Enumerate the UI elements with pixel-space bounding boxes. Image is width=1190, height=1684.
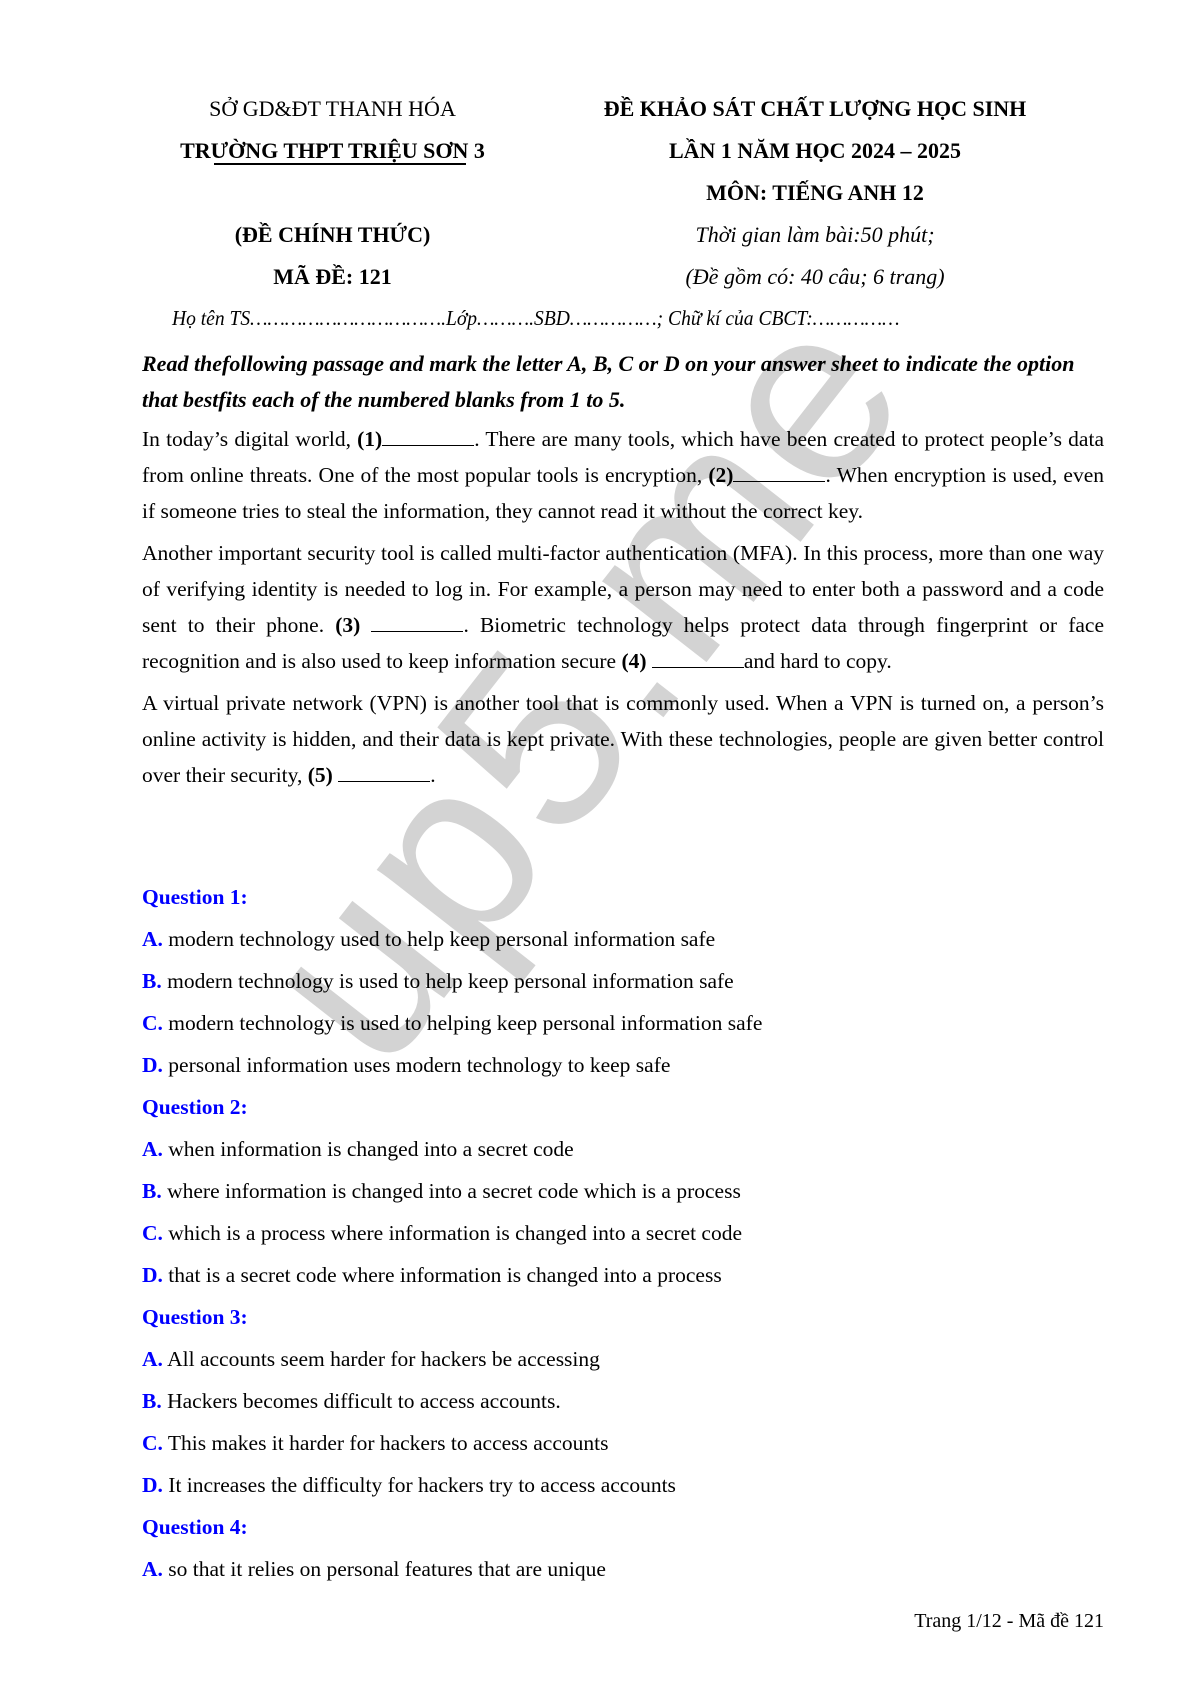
option-a[interactable]: A. All accounts seem harder for hackers … (142, 1338, 1104, 1380)
passage-paragraph-3: A virtual private network (VPN) is anoth… (142, 685, 1104, 793)
exam-title-line1: ĐỀ KHẢO SÁT CHẤT LƯỢNG HỌC SINH (565, 88, 1065, 130)
passage-paragraph-2: Another important security tool is calle… (142, 535, 1104, 679)
exam-code: MÃ ĐỀ: 121 (140, 256, 525, 298)
exam-title-line2: LẦN 1 NĂM HỌC 2024 – 2025 (565, 130, 1065, 172)
question-title: Question 1: (142, 876, 1104, 918)
option-b[interactable]: B. modern technology is used to help kee… (142, 960, 1104, 1002)
student-info-line: Họ tên TS…………………………….Lớp……….SBD……………; Ch… (172, 306, 900, 331)
exam-time: Thời gian làm bài:50 phút; (565, 214, 1065, 256)
exam-composition: (Đề gồm có: 40 câu; 6 trang) (565, 256, 1065, 298)
blank-5 (338, 762, 430, 782)
question-title: Question 3: (142, 1296, 1104, 1338)
option-a[interactable]: A. so that it relies on personal feature… (142, 1548, 1104, 1590)
question-1: Question 1: A. modern technology used to… (142, 876, 1104, 1086)
option-d[interactable]: D. It increases the difficulty for hacke… (142, 1464, 1104, 1506)
option-b[interactable]: B. where information is changed into a s… (142, 1170, 1104, 1212)
option-c[interactable]: C. which is a process where information … (142, 1212, 1104, 1254)
reading-passage: In today’s digital world, (1). There are… (142, 421, 1104, 799)
option-c[interactable]: C. This makes it harder for hackers to a… (142, 1422, 1104, 1464)
blank-2 (733, 462, 825, 482)
question-3: Question 3: A. All accounts seem harder … (142, 1296, 1104, 1506)
header-right: ĐỀ KHẢO SÁT CHẤT LƯỢNG HỌC SINH LẦN 1 NĂ… (565, 88, 1065, 298)
instruction: Read thefollowing passage and mark the l… (142, 346, 1104, 418)
blank-number-5: (5) (308, 763, 333, 787)
department-name: SỞ GD&ĐT THANH HÓA (140, 88, 525, 130)
option-a[interactable]: A. when information is changed into a se… (142, 1128, 1104, 1170)
school-underline (214, 163, 466, 165)
option-b[interactable]: B. Hackers becomes difficult to access a… (142, 1380, 1104, 1422)
question-4: Question 4: A. so that it relies on pers… (142, 1506, 1104, 1590)
option-d[interactable]: D. personal information uses modern tech… (142, 1044, 1104, 1086)
option-a[interactable]: A. modern technology used to help keep p… (142, 918, 1104, 960)
official-status: (ĐỀ CHÍNH THỨC) (140, 214, 525, 256)
blank-3 (371, 612, 463, 632)
header-left: SỞ GD&ĐT THANH HÓA TRƯỜNG THPT TRIỆU SƠN… (140, 88, 525, 298)
option-d[interactable]: D. that is a secret code where informati… (142, 1254, 1104, 1296)
option-c[interactable]: C. modern technology is used to helping … (142, 1002, 1104, 1044)
blank-number-2: (2) (708, 463, 733, 487)
question-2: Question 2: A. when information is chang… (142, 1086, 1104, 1296)
question-title: Question 4: (142, 1506, 1104, 1548)
blank-4 (652, 648, 744, 668)
blank-number-3: (3) (335, 613, 360, 637)
question-title: Question 2: (142, 1086, 1104, 1128)
blank-number-1: (1) (357, 427, 382, 451)
question-list: Question 1: A. modern technology used to… (142, 876, 1104, 1590)
exam-subject: MÔN: TIẾNG ANH 12 (565, 172, 1065, 214)
page-footer: Trang 1/12 - Mã đề 121 (914, 1610, 1104, 1633)
school-name: TRƯỜNG THPT TRIỆU SƠN 3 (180, 130, 485, 172)
exam-page: up5.me SỞ GD&ĐT THANH HÓA TRƯỜNG THPT TR… (0, 0, 1190, 1684)
blank-number-4: (4) (621, 649, 646, 673)
blank-1 (382, 426, 474, 446)
passage-paragraph-1: In today’s digital world, (1). There are… (142, 421, 1104, 529)
